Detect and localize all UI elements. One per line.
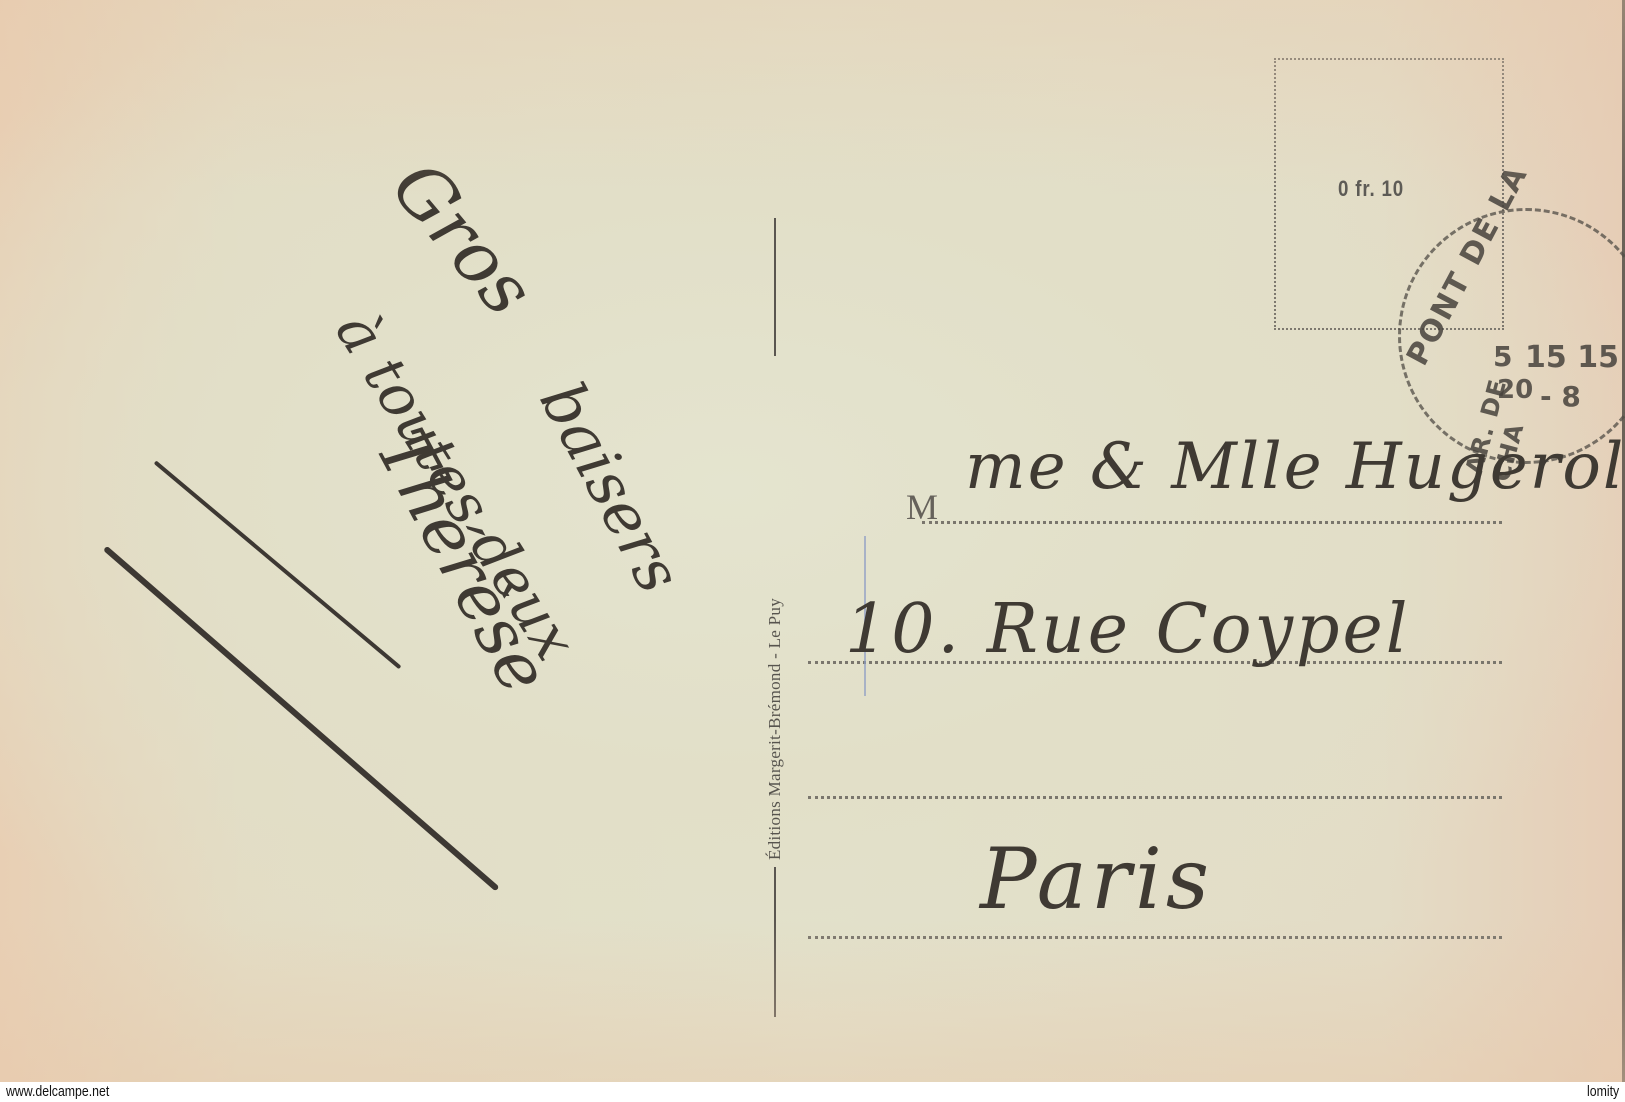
underline-stroke (154, 460, 402, 669)
address-line-1 (922, 521, 1502, 524)
postmark-day: 5 (1493, 340, 1512, 373)
postmark-year: 20 (1497, 375, 1533, 405)
center-divider-bottom (774, 867, 776, 1017)
address-line-4 (808, 936, 1502, 939)
postmark-month: - 8 (1540, 380, 1581, 413)
recipient-name: me & Mlle Hugerol (965, 430, 1625, 504)
postcard-back: Gros baisers à toutes deux Thérèse Éditi… (0, 0, 1625, 1082)
center-divider-top (774, 218, 776, 356)
publisher-imprint: Éditions Margerit-Brémond - Le Puy (765, 598, 785, 860)
stamp-value: 0 fr. 10 (1338, 176, 1404, 202)
message-line-1: Gros (376, 145, 551, 331)
recipient-city: Paris (980, 830, 1213, 928)
watermark-left: www.delcampe.net (6, 1083, 109, 1100)
watermark-right: lomity (1587, 1083, 1619, 1100)
message-line-2: baisers (526, 370, 697, 604)
recipient-street: 10. Rue Coypel (845, 590, 1411, 669)
postmark-time: 15 15 (1525, 340, 1619, 375)
address-line-3 (808, 796, 1502, 799)
watermark-bar (0, 1082, 1625, 1102)
